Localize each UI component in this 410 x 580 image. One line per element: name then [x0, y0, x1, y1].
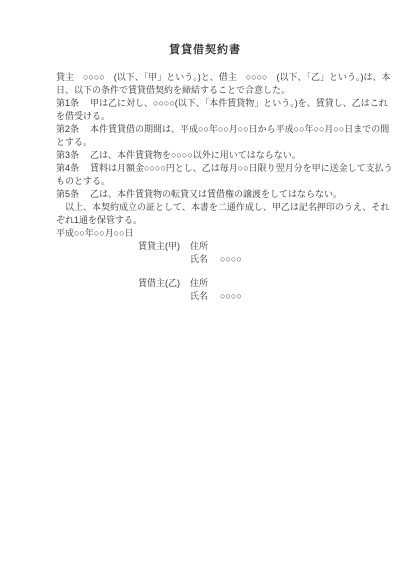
lessor-address-row: 賃貸主(甲)住所 — [138, 240, 396, 253]
document-body: 貸主 ○○○○ (以下、「甲」という。)と、借主 ○○○○ (以下、「乙」という… — [56, 71, 396, 303]
lessee-address-row: 賃借主(乙)住所 — [138, 277, 396, 290]
article-5: 第5条乙は、本件賃貸物の転貸又は賃借権の譲渡をしてはならない。 — [56, 188, 396, 201]
article-2-label: 第2条 — [56, 124, 90, 134]
article-2: 第2条本件賃貸借の期間は、平成○○年○○月○○日から平成○○年○○月○○日までの… — [56, 123, 396, 149]
article-3-label: 第3条 — [56, 150, 90, 160]
lessor-name-row: 氏名○○○○ — [138, 253, 396, 266]
article-1: 第1条甲は乙に対し、○○○○(以下、「本件賃貸物」という。)を、賃貸し、乙はこれ… — [56, 97, 396, 123]
article-3-text: 乙は、本件賃貸物を○○○○以外に用いてはならない。 — [90, 150, 301, 160]
lessor-party-label: 賃貸主(甲) — [138, 240, 190, 253]
signature-lessee: 賃借主(乙)住所 氏名○○○○ — [138, 277, 396, 303]
lessee-address-label: 住所 — [190, 278, 208, 288]
article-4-label: 第4条 — [56, 163, 90, 173]
lessee-name-value: ○○○○ — [220, 291, 242, 301]
lessor-name-value: ○○○○ — [220, 254, 242, 264]
lessee-party-label: 賃借主(乙) — [138, 277, 190, 290]
contract-page: 賃貸借契約書 貸主 ○○○○ (以下、「甲」という。)と、借主 ○○○○ (以下… — [0, 0, 410, 580]
document-title: 賃貸借契約書 — [0, 44, 410, 57]
article-1-label: 第1条 — [56, 98, 90, 108]
closing-paragraph: 以上、本契約成立の証として、本書を二通作成し、甲乙は記名押印のうえ、それぞれ1通… — [56, 201, 396, 227]
article-1-text: 甲は乙に対し、○○○○(以下、「本件賃貸物」という。)を、賃貸し、乙はこれを借受… — [56, 98, 388, 121]
signature-lessor: 賃貸主(甲)住所 氏名○○○○ — [138, 240, 396, 266]
intro-paragraph: 貸主 ○○○○ (以下、「甲」という。)と、借主 ○○○○ (以下、「乙」という… — [56, 71, 396, 97]
article-5-text: 乙は、本件賃貸物の転貸又は賃借権の譲渡をしてはならない。 — [90, 189, 342, 199]
lessee-name-row: 氏名○○○○ — [138, 290, 396, 303]
article-2-text: 本件賃貸借の期間は、平成○○年○○月○○日から平成○○年○○月○○日までの間とす… — [56, 124, 389, 147]
article-4: 第4条賃料は月額金○○○○円とし、乙は毎月○○日限り翌月分を甲に送金して支払うも… — [56, 162, 396, 188]
date-line: 平成○○年○○月○○日 — [56, 227, 396, 240]
lessor-address-label: 住所 — [190, 241, 208, 251]
lessee-name-label: 氏名 — [190, 291, 220, 301]
lessor-name-label: 氏名 — [190, 254, 220, 264]
article-4-text: 賃料は月額金○○○○円とし、乙は毎月○○日限り翌月分を甲に送金して支払うものとす… — [56, 163, 393, 186]
article-3: 第3条乙は、本件賃貸物を○○○○以外に用いてはならない。 — [56, 149, 396, 162]
article-5-label: 第5条 — [56, 189, 90, 199]
